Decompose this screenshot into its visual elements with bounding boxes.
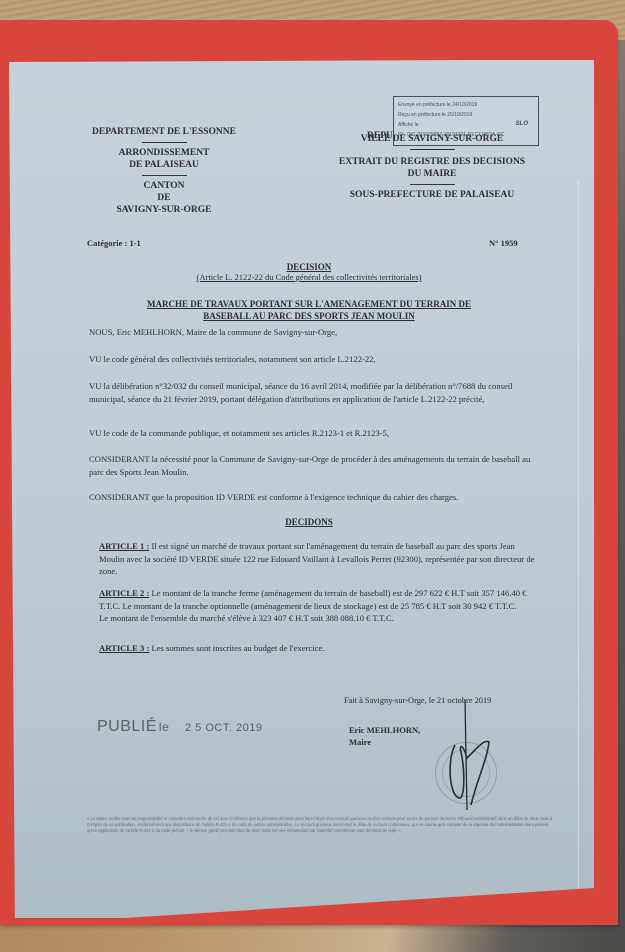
- article-2: ARTICLE 2 : Le montant de la tranche fer…: [99, 587, 539, 625]
- signer-role: Maire: [349, 736, 420, 748]
- decision-reference: (Article L. 2122-22 du Code général des …: [69, 272, 549, 282]
- considerant-paragraph-2: CONSIDERANT que la proposition ID VERDE …: [89, 491, 544, 504]
- ville: VILLE DE SAVIGNY-SUR-ORGE: [317, 133, 547, 145]
- extrait-2: DU MAIRE: [317, 168, 547, 180]
- publie-le: le: [159, 720, 169, 734]
- signature-icon: [429, 700, 509, 810]
- arrondissement-1: ARRONDISSEMENT: [79, 147, 249, 159]
- publie-date: 2 5 OCT. 2019: [185, 722, 262, 734]
- canton-1: CANTON: [79, 180, 249, 192]
- article-3-label: ARTICLE 3 :: [99, 643, 149, 653]
- stamp-slo-logo: SLO: [516, 119, 528, 129]
- stamp-affiche: Affiché le: [398, 120, 534, 130]
- canton-2: DE: [79, 192, 249, 204]
- article-2-text: Le montant de la tranche ferme (aménagem…: [99, 588, 526, 611]
- decision-number: N° 1959: [489, 238, 518, 248]
- divider: [142, 142, 187, 143]
- divider: [142, 175, 187, 176]
- article-1-text: Il est signé un marché de travaux portan…: [99, 541, 534, 576]
- document-page: Envoyé en préfecture le 24/10/2019 Reçu …: [9, 60, 594, 918]
- header-right: VILLE DE SAVIGNY-SUR-ORGE EXTRAIT DU REG…: [317, 133, 547, 201]
- nous-paragraph: NOUS, Eric MEHLHORN, Maire de la commune…: [89, 326, 544, 339]
- categorie: Catégorie : 1-1: [87, 238, 141, 248]
- publie-stamp: PUBLIÉle: [97, 718, 169, 736]
- decision-heading: DECISION: [69, 262, 549, 272]
- signer-name: Eric MEHLHORN,: [349, 724, 420, 736]
- vu-paragraph-1: VU le code général des collectivités ter…: [89, 353, 544, 366]
- stamp-envoye: Envoyé en préfecture le 24/10/2019: [398, 100, 534, 110]
- sous-prefecture: SOUS-PREFECTURE DE PALAISEAU: [317, 189, 547, 201]
- divider: [410, 149, 455, 150]
- considerant-paragraph-1: CONSIDERANT la nécessité pour la Commune…: [89, 453, 544, 478]
- legal-footnote: « Le Maire certifie sous sa responsabili…: [87, 816, 557, 834]
- article-2-label: ARTICLE 2 :: [99, 588, 149, 598]
- title-line-1: MARCHE DE TRAVAUX PORTANT SUR L'AMENAGEM…: [69, 298, 549, 310]
- signer-block: Eric MEHLHORN, Maire: [349, 724, 420, 748]
- decidons-heading: DECIDONS: [69, 517, 549, 527]
- title-line-2: BASEBALL AU PARC DES SPORTS JEAN MOULIN: [69, 310, 549, 322]
- arrondissement-2: DE PALAISEAU: [79, 159, 249, 171]
- paper-fold: [578, 180, 579, 900]
- canton-3: SAVIGNY-SUR-ORGE: [79, 204, 249, 216]
- article-1: ARTICLE 1 : Il est signé un marché de tr…: [99, 540, 539, 578]
- stamp-recu: Reçu en préfecture le 25/10/2019: [398, 110, 534, 120]
- publie-label: PUBLIÉ: [97, 718, 157, 735]
- article-1-label: ARTICLE 1 :: [99, 541, 149, 551]
- departement: DEPARTEMENT DE L'ESSONNE: [79, 126, 249, 138]
- divider: [410, 184, 455, 185]
- vu-paragraph-3: VU le code de la commande publique, et n…: [89, 427, 544, 440]
- header-left: DEPARTEMENT DE L'ESSONNE ARRONDISSEMENT …: [79, 126, 249, 216]
- decision-title: MARCHE DE TRAVAUX PORTANT SUR L'AMENAGEM…: [69, 298, 549, 322]
- article-3-text: Les sommes sont inscrites au budget de l…: [149, 643, 324, 653]
- extrait-1: EXTRAIT DU REGISTRE DES DECISIONS: [317, 156, 547, 168]
- article-3: ARTICLE 3 : Les sommes sont inscrites au…: [99, 642, 539, 655]
- vu-paragraph-2: VU la délibération n°32/032 du conseil m…: [89, 380, 544, 405]
- article-2-total: Le montant de l'ensemble du marché s'élè…: [99, 612, 539, 625]
